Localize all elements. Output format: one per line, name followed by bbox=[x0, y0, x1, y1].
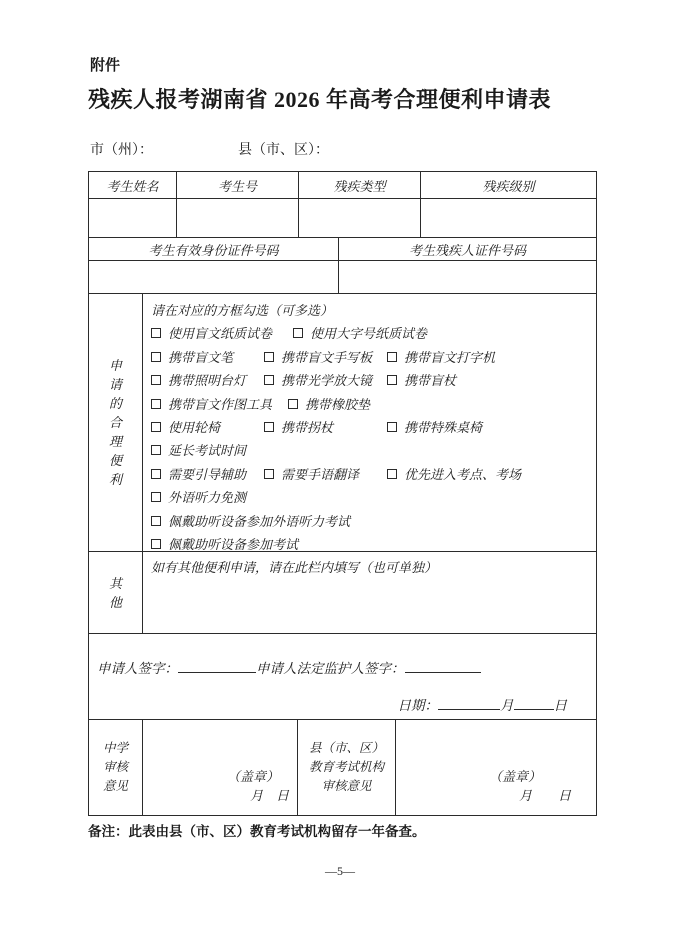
checkbox-line: 外语听力免测 bbox=[151, 486, 592, 509]
checkbox-instruction: 请在对应的方框勾选（可多选） bbox=[151, 299, 592, 322]
checkbox-option: 携带照明台灯 bbox=[151, 369, 264, 392]
date-day-blank bbox=[514, 697, 554, 710]
id-header-row: 考生有效身份证件号码 考生残疾人证件号码 bbox=[89, 238, 596, 261]
checkbox-option: 携带盲文笔 bbox=[151, 346, 264, 369]
remark-note: 备注：此表由县（市、区）教育考试机构留存一年备查。 bbox=[88, 820, 426, 840]
header-disability-grade: 残疾级别 bbox=[421, 172, 596, 198]
accommodations-row: 申 请 的 合 理 便 利 请在对应的方框勾选（可多选） 使用盲文纸质试卷使用大… bbox=[89, 294, 596, 552]
header-disability-id: 考生残疾人证件号码 bbox=[339, 238, 596, 260]
attachment-label: 附件 bbox=[90, 54, 120, 75]
school-review-stamp-cell: （盖章） 月 日 bbox=[143, 720, 298, 815]
checkbox-option: 外语听力免测 bbox=[151, 486, 264, 509]
school-stamp-date: 月 日 bbox=[143, 786, 297, 805]
checkbox-option-label: 携带照明台灯 bbox=[168, 373, 246, 388]
checkbox-lines: 使用盲文纸质试卷使用大字号纸质试卷携带盲文笔携带盲文手写板携带盲文打字机携带照明… bbox=[151, 322, 592, 556]
checkbox-option-label: 携带盲杖 bbox=[404, 373, 456, 388]
checkbox-icon bbox=[151, 539, 161, 549]
county-review-label: 县（市、区） 教育考试机构 审核意见 bbox=[309, 739, 384, 796]
checkbox-icon bbox=[387, 422, 397, 432]
checkbox-icon bbox=[387, 352, 397, 362]
signature-cell: 申请人签字：申请人法定监护人签字： 日期：月日 bbox=[89, 634, 596, 719]
page-title: 残疾人报考湖南省 2026 年高考合理便利申请表 bbox=[88, 83, 608, 114]
header-row: 考生姓名 考生号 残疾类型 残疾级别 bbox=[89, 172, 596, 199]
checkbox-option-label: 外语听力免测 bbox=[168, 490, 246, 505]
school-review-label: 中学 审核 意见 bbox=[103, 739, 128, 796]
date-label: 日期： bbox=[398, 698, 439, 713]
checkbox-option-label: 延长考试时间 bbox=[168, 443, 246, 458]
checkbox-option: 携带盲杖 bbox=[387, 369, 456, 392]
county-review-stamp-cell: （盖章） 月 日 bbox=[396, 720, 596, 815]
checkbox-icon bbox=[264, 375, 274, 385]
checkbox-option-label: 优先进入考点、考场 bbox=[404, 467, 521, 482]
checkbox-option: 使用轮椅 bbox=[151, 416, 264, 439]
other-side-label: 其 他 bbox=[109, 574, 122, 612]
checkbox-option-label: 需要手语翻译 bbox=[281, 467, 359, 482]
applicant-signature-label: 申请人签字： bbox=[97, 661, 178, 676]
checkbox-option: 优先进入考点、考场 bbox=[387, 463, 521, 486]
accommodations-side-cell: 申 请 的 合 理 便 利 bbox=[89, 294, 143, 551]
document-page: { "attachment": "附件", "title": "残疾人报考湖南省… bbox=[0, 0, 680, 927]
checkbox-icon bbox=[151, 492, 161, 502]
checkbox-icon bbox=[288, 399, 298, 409]
checkbox-option-label: 携带橡胶垫 bbox=[305, 397, 370, 412]
day-label: 日 bbox=[554, 698, 568, 713]
checkbox-option: 携带橡胶垫 bbox=[288, 393, 411, 416]
checkbox-option: 携带盲文打字机 bbox=[387, 346, 495, 369]
checkbox-icon bbox=[387, 469, 397, 479]
national-id-cell bbox=[89, 261, 339, 293]
accommodations-side-label: 申 请 的 合 理 便 利 bbox=[109, 356, 122, 489]
checkbox-icon bbox=[151, 445, 161, 455]
header-disability-type: 残疾类型 bbox=[299, 172, 421, 198]
checkbox-option-label: 使用大字号纸质试卷 bbox=[310, 326, 427, 341]
checkbox-icon bbox=[151, 375, 161, 385]
checkbox-line: 携带照明台灯携带光学放大镜携带盲杖 bbox=[151, 369, 592, 392]
checkbox-option: 携带光学放大镜 bbox=[264, 369, 387, 392]
checkbox-option: 需要手语翻译 bbox=[264, 463, 387, 486]
checkbox-icon bbox=[387, 375, 397, 385]
checkbox-icon bbox=[151, 399, 161, 409]
school-review-label-cell: 中学 审核 意见 bbox=[89, 720, 143, 815]
disability-id-cell bbox=[339, 261, 596, 293]
checkbox-icon bbox=[264, 352, 274, 362]
header-candidate-name: 考生姓名 bbox=[89, 172, 177, 198]
applicant-signature-blank bbox=[178, 660, 256, 673]
region-line: 市（州）：县（市、区）： bbox=[90, 139, 329, 159]
signature-line: 申请人签字：申请人法定监护人签字： bbox=[97, 657, 481, 677]
checkbox-option-label: 使用盲文纸质试卷 bbox=[168, 326, 272, 341]
checkbox-line: 需要引导辅助需要手语翻译优先进入考点、考场 bbox=[151, 463, 592, 486]
signature-row: 申请人签字：申请人法定监护人签字： 日期：月日 bbox=[89, 634, 596, 720]
checkbox-option-label: 携带盲文笔 bbox=[168, 350, 233, 365]
checkbox-option-label: 携带特殊桌椅 bbox=[404, 420, 482, 435]
checkbox-option: 使用大字号纸质试卷 bbox=[293, 322, 427, 345]
checkbox-line: 携带盲文笔携带盲文手写板携带盲文打字机 bbox=[151, 346, 592, 369]
checkbox-option-label: 携带盲文手写板 bbox=[281, 350, 372, 365]
county-stamp-block: （盖章） 月 日 bbox=[396, 767, 596, 805]
other-row: 其 他 如有其他便利申请，请在此栏内填写（也可单独） bbox=[89, 552, 596, 634]
school-stamp-block: （盖章） 月 日 bbox=[143, 767, 297, 805]
checkbox-option-label: 佩戴助听设备参加外语听力考试 bbox=[168, 514, 350, 529]
page-number: —5— bbox=[0, 864, 680, 879]
checkbox-option: 佩戴助听设备参加外语听力考试 bbox=[151, 510, 350, 533]
candidate-number-cell bbox=[177, 199, 299, 237]
checkbox-option: 需要引导辅助 bbox=[151, 463, 264, 486]
fill-row bbox=[89, 199, 596, 238]
disability-type-cell bbox=[299, 199, 421, 237]
checkbox-option-label: 携带光学放大镜 bbox=[281, 373, 372, 388]
date-month-blank bbox=[438, 697, 500, 710]
checkbox-line: 佩戴助听设备参加外语听力考试 bbox=[151, 510, 592, 533]
guardian-signature-blank bbox=[405, 660, 481, 673]
city-field-label: 市（州）： bbox=[90, 143, 153, 158]
checkbox-icon bbox=[151, 516, 161, 526]
checkbox-option: 使用盲文纸质试卷 bbox=[151, 322, 293, 345]
checkbox-option-label: 携带拐杖 bbox=[281, 420, 333, 435]
checkbox-option: 携带特殊桌椅 bbox=[387, 416, 482, 439]
application-form-table: 考生姓名 考生号 残疾类型 残疾级别 考生有效身份证件号码 考生残疾人证件号码 … bbox=[88, 171, 597, 816]
guardian-signature-label: 申请人法定监护人签字： bbox=[256, 661, 405, 676]
checkbox-line: 延长考试时间 bbox=[151, 439, 592, 462]
checkbox-option-label: 携带盲文打字机 bbox=[404, 350, 495, 365]
checkbox-line: 携带盲文作图工具携带橡胶垫 bbox=[151, 393, 592, 416]
checkbox-option-label: 需要引导辅助 bbox=[168, 467, 246, 482]
school-stamp-label: （盖章） bbox=[143, 767, 297, 786]
header-national-id: 考生有效身份证件号码 bbox=[89, 238, 339, 260]
checkbox-line: 使用轮椅携带拐杖携带特殊桌椅 bbox=[151, 416, 592, 439]
checkbox-icon bbox=[264, 469, 274, 479]
checkbox-option: 携带盲文手写板 bbox=[264, 346, 387, 369]
checkbox-option-label: 使用轮椅 bbox=[168, 420, 220, 435]
other-content-cell: 如有其他便利申请，请在此栏内填写（也可单独） bbox=[143, 552, 596, 633]
county-field-label: 县（市、区）： bbox=[238, 143, 329, 158]
review-row: 中学 审核 意见 （盖章） 月 日 县（市、区） 教育考试机构 审核意见 （盖章… bbox=[89, 720, 596, 815]
id-fill-row bbox=[89, 261, 596, 294]
checkbox-icon bbox=[151, 328, 161, 338]
header-candidate-number: 考生号 bbox=[177, 172, 299, 198]
county-review-label-cell: 县（市、区） 教育考试机构 审核意见 bbox=[298, 720, 396, 815]
checkbox-icon bbox=[151, 469, 161, 479]
checkbox-icon bbox=[293, 328, 303, 338]
checkbox-option-label: 佩戴助听设备参加考试 bbox=[168, 537, 298, 552]
checkbox-option-label: 携带盲文作图工具 bbox=[168, 397, 272, 412]
candidate-name-cell bbox=[89, 199, 177, 237]
checkbox-icon bbox=[151, 422, 161, 432]
checkbox-option: 携带盲文作图工具 bbox=[151, 393, 288, 416]
disability-grade-cell bbox=[421, 199, 596, 237]
county-stamp-label: （盖章） bbox=[396, 767, 596, 786]
checkbox-option: 携带拐杖 bbox=[264, 416, 387, 439]
accommodations-content-cell: 请在对应的方框勾选（可多选） 使用盲文纸质试卷使用大字号纸质试卷携带盲文笔携带盲… bbox=[143, 294, 596, 551]
checkbox-icon bbox=[264, 422, 274, 432]
county-stamp-date: 月 日 bbox=[396, 786, 596, 805]
date-line: 日期：月日 bbox=[398, 694, 568, 714]
checkbox-line: 使用盲文纸质试卷使用大字号纸质试卷 bbox=[151, 322, 592, 345]
other-side-cell: 其 他 bbox=[89, 552, 143, 633]
month-label: 月 bbox=[500, 698, 514, 713]
checkbox-icon bbox=[151, 352, 161, 362]
checkbox-option: 延长考试时间 bbox=[151, 439, 264, 462]
